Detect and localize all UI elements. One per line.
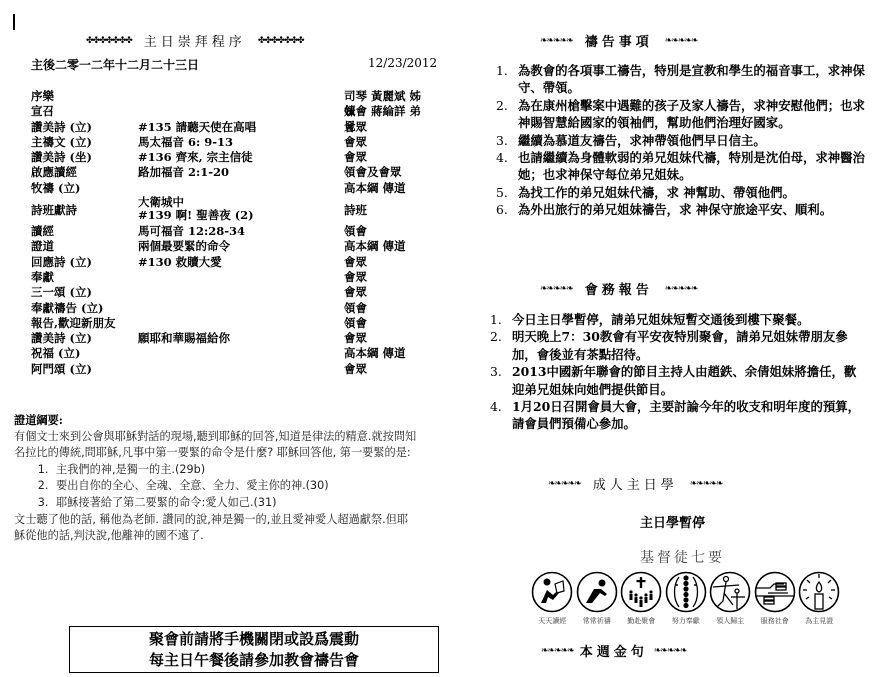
weekly-verse-title: 本週金句 — [580, 641, 648, 660]
program-leader: 高本綱 傳道 — [344, 181, 406, 196]
program-item: 報告,歡迎新朋友 — [31, 316, 116, 331]
essential-item: 常常祈禱 — [575, 571, 620, 626]
item-text: 為外出旅行的弟兄姐妹禱告，求 神保守旅途平安、順利。 — [518, 202, 832, 217]
church-news-title-row: ❧❧❧❧❧ 會務報告 ❧❧❧❧❧ — [540, 279, 697, 298]
offering-icon — [665, 571, 707, 613]
service-icon — [754, 571, 796, 613]
program-leader: 會眾 — [344, 150, 367, 165]
item-text: 為教會的各項事工禱告，特別是宣教和學生的福音事工，求神保守、帶領。 — [518, 63, 865, 95]
essential-item: 努力奉獻 — [664, 571, 709, 626]
prayer-list: 1.為教會的各項事工禱告，特別是宣教和學生的福音事工，求神保守、帶領。 2.為在… — [496, 62, 868, 219]
program-content: 願耶和華賜福給你 — [138, 331, 230, 346]
program-item: 牧禱 (立) — [31, 181, 80, 196]
date-chinese: 主後二零一二年十二月二十三日 — [31, 58, 199, 72]
program-leader: 會眾 — [344, 270, 367, 285]
program-row: 讚美詩 (立)願耶和華賜福給你會眾 — [31, 331, 431, 346]
program-content: #130 救贖大愛 — [138, 255, 222, 270]
sermon-intro: 有個文士來到公會與耶穌對話的現場,聽到耶穌的回答,知道是律法的精意.就按問知名拉… — [14, 429, 419, 462]
sermon-point: 主我們的神,是獨一的主.(29b) — [52, 462, 419, 479]
prayer-item: 5.為找工作的弟兄姐妹代禱，求 神幫助、帶領他們。 — [496, 184, 868, 201]
program-item: 讚美詩 (立) — [31, 120, 92, 135]
prayer-title-row: ❧❧❧❧❧ 禱告事項 ❧❧❧❧❧ — [540, 31, 697, 50]
program-row: 讚美詩 (坐)#136 齊來, 宗主信徒會眾 — [31, 150, 431, 165]
praying-icon — [576, 571, 618, 613]
essential-label: 領人歸主 — [716, 616, 744, 626]
program-leader: 領會 — [344, 301, 367, 316]
item-number: 1. — [496, 62, 508, 79]
item-text: 繼續為慕道友禱告，求神帶領他們早日信主。 — [518, 133, 766, 148]
news-item: 3.2013中國新年聯會的節目主持人由趙鉄、余倩姐妹將擔任，歡迎弟兄姐妹向她們提… — [490, 363, 862, 398]
item-number: 2. — [490, 328, 502, 345]
prayer-item: 1.為教會的各項事工禱告，特別是宣教和學生的福音事工，求神保守、帶領。 — [496, 62, 868, 97]
program-item: 序樂 — [31, 89, 54, 104]
date-gregorian: 12/23/2012 — [368, 56, 437, 70]
program-row: 祝福 (立)高本綱 傳道 — [31, 346, 431, 361]
essential-item: 領人歸主 — [708, 571, 753, 626]
program-row: 序樂司琴 黃麗斌 姊妹 — [31, 89, 431, 104]
program-content: 兩個最要緊的命令 — [138, 239, 230, 254]
item-text: 明天晚上7：30教會有平安夜特別聚會，請弟兄姐妹帶朋友參加，會後並有茶點招待。 — [512, 329, 848, 361]
program-content: 大衛城中#139 啊! 聖善夜 (2) — [138, 196, 254, 222]
program-leader: 高本綱 傳道 — [344, 346, 406, 361]
program-row: 報告,歡迎新朋友領會 — [31, 316, 431, 331]
ornament-icon: ❧❧❧❧❧ — [541, 646, 574, 656]
news-item: 4.1月20日召開會員大會，主要討論今年的收支和明年度的預算，請會員們預備心參加… — [490, 398, 862, 433]
program-item: 主禱文 (立) — [31, 135, 92, 150]
ornament-icon: ❧❧❧❧❧ — [665, 284, 698, 294]
program-row: 詩班獻詩大衛城中#139 啊! 聖善夜 (2)詩班 — [31, 196, 431, 224]
essential-label: 努力奉獻 — [672, 616, 700, 626]
sermon-conclusion: 文士聽了他的話, 稱他為老師. 讚同的說,神是獨一的,並且愛神愛人超過獻祭.但耶… — [14, 512, 419, 545]
program-item: 詩班獻詩 — [31, 203, 77, 218]
item-text: 1月20日召開會員大會，主要討論今年的收支和明年度的預算，請會員們預備心參加。 — [512, 399, 860, 431]
item-number: 6. — [496, 201, 508, 218]
program-item: 啟應讀經 — [31, 165, 77, 180]
item-number: 2. — [496, 97, 508, 114]
sunday-school-message: 主日學暫停 — [640, 512, 705, 531]
item-number: 4. — [496, 149, 508, 166]
worship-title: 主日崇拜程序 — [144, 31, 246, 50]
essential-item: 天天讀經 — [530, 571, 575, 626]
program-leader: 會眾 — [344, 255, 367, 270]
adult-school-title: 成人主日學 — [593, 474, 678, 493]
program-leader: 詩班 — [344, 203, 367, 218]
ornament-icon: ✤✤✤✤✤✤✤ — [258, 36, 304, 46]
church-news-list: 1.今日主日學暫停，請弟兄姐妹短暫交通後到樓下聚餐。 2.明天晚上7：30教會有… — [490, 311, 862, 433]
prayer-item: 3.繼續為慕道友禱告，求神帶領他們早日信主。 — [496, 132, 868, 149]
weekly-verse-title-row: ❧❧❧❧❧ 本週金句 ❧❧❧❧❧ — [541, 641, 686, 660]
item-number: 5. — [496, 184, 508, 201]
program-item: 祝福 (立) — [31, 346, 80, 361]
worship-program: 序樂司琴 黃麗斌 姊妹 宣召領會 蔣綸詳 弟兄 讚美詩 (立)#135 請聽天使… — [31, 89, 431, 377]
essential-item: 服務社會 — [753, 571, 798, 626]
item-text: 今日主日學暫停，請弟兄姐妹短暫交通後到樓下聚餐。 — [512, 312, 809, 327]
essential-label: 勤赴聚會 — [627, 616, 655, 626]
gathering-icon — [620, 571, 662, 613]
program-row: 宣召領會 蔣綸詳 弟兄 — [31, 104, 431, 119]
program-item: 奉獻 — [31, 270, 54, 285]
program-item: 宣召 — [31, 104, 54, 119]
item-text: 也請繼續為身體軟弱的弟兄姐妹代禱，特別是沈伯母，求神醫治她；也求神保守每位弟兄姐… — [518, 150, 865, 182]
program-item: 奉獻禱告 (立) — [31, 301, 103, 316]
ornament-icon: ❧❧❧❧❧ — [540, 284, 573, 294]
program-row: 回應詩 (立)#130 救贖大愛會眾 — [31, 255, 431, 270]
essential-item: 為主見證 — [797, 571, 842, 626]
sermon-outline-heading: 證道綱要: — [14, 412, 419, 429]
essential-label: 常常祈禱 — [583, 616, 611, 626]
program-item: 三一頌 (立) — [31, 285, 92, 300]
item-number: 1. — [490, 311, 502, 328]
ornament-icon: ❧❧❧❧❧ — [665, 36, 698, 46]
item-text: 2013中國新年聯會的節目主持人由趙鉄、余倩姐妹將擔任，歡迎弟兄姐妹向她們提供節… — [512, 364, 856, 396]
program-item: 讀經 — [31, 224, 54, 239]
anthem-title: 大衛城中 — [138, 195, 184, 209]
program-content: 馬可福音 12:28-34 — [138, 224, 245, 239]
program-item: 讚美詩 (坐) — [31, 150, 92, 165]
sermon-points: 主我們的神,是獨一的主.(29b) 要出自你的全心、全魂、全意、全力、愛主你的神… — [14, 462, 419, 512]
program-leader: 高本綱 傳道 — [344, 239, 406, 254]
program-leader: 領會及會眾 — [344, 165, 402, 180]
phone-notice-box: 聚會前請將手機關閉或設爲震動 每主日午餐後請參加教會禱告會 — [69, 626, 439, 673]
essential-item: 勤赴聚會 — [619, 571, 664, 626]
program-row: 讚美詩 (立)#135 請聽天使在高唱會眾 — [31, 120, 431, 135]
essential-label: 天天讀經 — [538, 616, 566, 626]
program-leader: 會眾 — [344, 120, 367, 135]
adult-school-title-row: ❧❧❧❧❧ 成人主日學 ❧❧❧❧❧ — [548, 474, 722, 493]
essential-label: 服務社會 — [761, 616, 789, 626]
ornament-icon: ❧❧❧❧❧ — [540, 36, 573, 46]
seven-essentials-title: 基督徒七要 — [640, 547, 725, 567]
ornament-icon: ❧❧❧❧❧ — [548, 479, 581, 489]
program-row: 奉獻禱告 (立)領會 — [31, 301, 431, 316]
item-text: 為找工作的弟兄姐妹代禱，求 神幫助、帶領他們。 — [518, 185, 795, 200]
program-row: 阿門頌 (立)會眾 — [31, 362, 431, 377]
prayer-item: 6.為外出旅行的弟兄姐妹禱告，求 神保守旅途平安、順利。 — [496, 201, 868, 218]
prayer-item: 4.也請繼續為身體軟弱的弟兄姐妹代禱，特別是沈伯母，求神醫治她；也求神保守每位弟… — [496, 149, 868, 184]
text-cursor — [13, 14, 15, 30]
prayer-title: 禱告事項 — [585, 31, 653, 50]
bible-reading-icon — [531, 571, 573, 613]
date-row: 主後二零一二年十二月二十三日 12/23/2012 — [31, 56, 426, 73]
sermon-point: 要出自你的全心、全魂、全意、全力、愛主你的神.(30) — [52, 478, 419, 495]
program-row: 啟應讀經路加福音 2:1-20領會及會眾 — [31, 165, 431, 180]
program-leader: 領會 — [344, 316, 367, 331]
program-item: 回應詩 (立) — [31, 255, 92, 270]
evangelism-icon — [709, 571, 751, 613]
prayer-item: 2.為在康州槍擊案中遇難的孩子及家人禱告，求神安慰他們；也求神賜智慧給國家的領袖… — [496, 97, 868, 132]
program-content: 馬太福音 6: 9-13 — [138, 135, 233, 150]
program-row: 奉獻會眾 — [31, 270, 431, 285]
program-row: 牧禱 (立)高本綱 傳道 — [31, 181, 431, 196]
essential-label: 為主見證 — [805, 616, 833, 626]
news-item: 1.今日主日學暫停，請弟兄姐妹短暫交通後到樓下聚餐。 — [490, 311, 862, 328]
program-leader: 會眾 — [344, 362, 367, 377]
program-row: 證道兩個最要緊的命令高本綱 傳道 — [31, 239, 431, 254]
program-row: 主禱文 (立)馬太福音 6: 9-13會眾 — [31, 135, 431, 150]
sermon-outline: 證道綱要: 有個文士來到公會與耶穌對話的現場,聽到耶穌的回答,知道是律法的精意.… — [14, 412, 419, 545]
sermon-point: 耶穌接著給了第二要緊的命令:愛人如己.(31) — [52, 495, 419, 512]
item-number: 3. — [496, 132, 508, 149]
program-content: #136 齊來, 宗主信徒 — [138, 150, 253, 165]
program-row: 三一頌 (立)會眾 — [31, 285, 431, 300]
item-text: 為在康州槍擊案中遇難的孩子及家人禱告，求神安慰他們；也求神賜智慧給國家的領袖們，… — [518, 98, 865, 130]
church-news-title: 會務報告 — [585, 279, 653, 298]
program-item: 證道 — [31, 239, 54, 254]
item-number: 4. — [490, 398, 502, 415]
seven-essentials: 天天讀經 常常祈禱 勤赴聚會 努力奉獻 領人歸主 服務社會 為主見證 — [530, 571, 842, 626]
ornament-icon: ❧❧❧❧❧ — [690, 479, 723, 489]
item-number: 3. — [490, 363, 502, 380]
witness-candle-icon — [798, 571, 840, 613]
program-item: 讚美詩 (立) — [31, 331, 92, 346]
worship-title-row: ✤✤✤✤✤✤✤ 主日崇拜程序 ✤✤✤✤✤✤✤ — [86, 31, 304, 50]
ornament-icon: ✤✤✤✤✤✤✤ — [86, 36, 132, 46]
program-leader: 會眾 — [344, 331, 367, 346]
anthem-hymn: #139 啊! 聖善夜 (2) — [138, 208, 254, 222]
program-content: 路加福音 2:1-20 — [138, 165, 229, 180]
program-row: 讀經馬可福音 12:28-34領會 — [31, 224, 431, 239]
program-leader: 會眾 — [344, 135, 367, 150]
notice-line: 聚會前請將手機關閉或設爲震動 — [70, 629, 438, 650]
news-item: 2.明天晚上7：30教會有平安夜特別聚會，請弟兄姐妹帶朋友參加，會後並有茶點招待… — [490, 328, 862, 363]
notice-line: 每主日午餐後請參加教會禱告會 — [70, 650, 438, 671]
program-leader: 領會 — [344, 224, 367, 239]
ornament-icon: ❧❧❧❧❧ — [654, 646, 687, 656]
program-leader: 會眾 — [344, 285, 367, 300]
program-item: 阿門頌 (立) — [31, 362, 92, 377]
program-content: #135 請聽天使在高唱 — [138, 120, 256, 135]
